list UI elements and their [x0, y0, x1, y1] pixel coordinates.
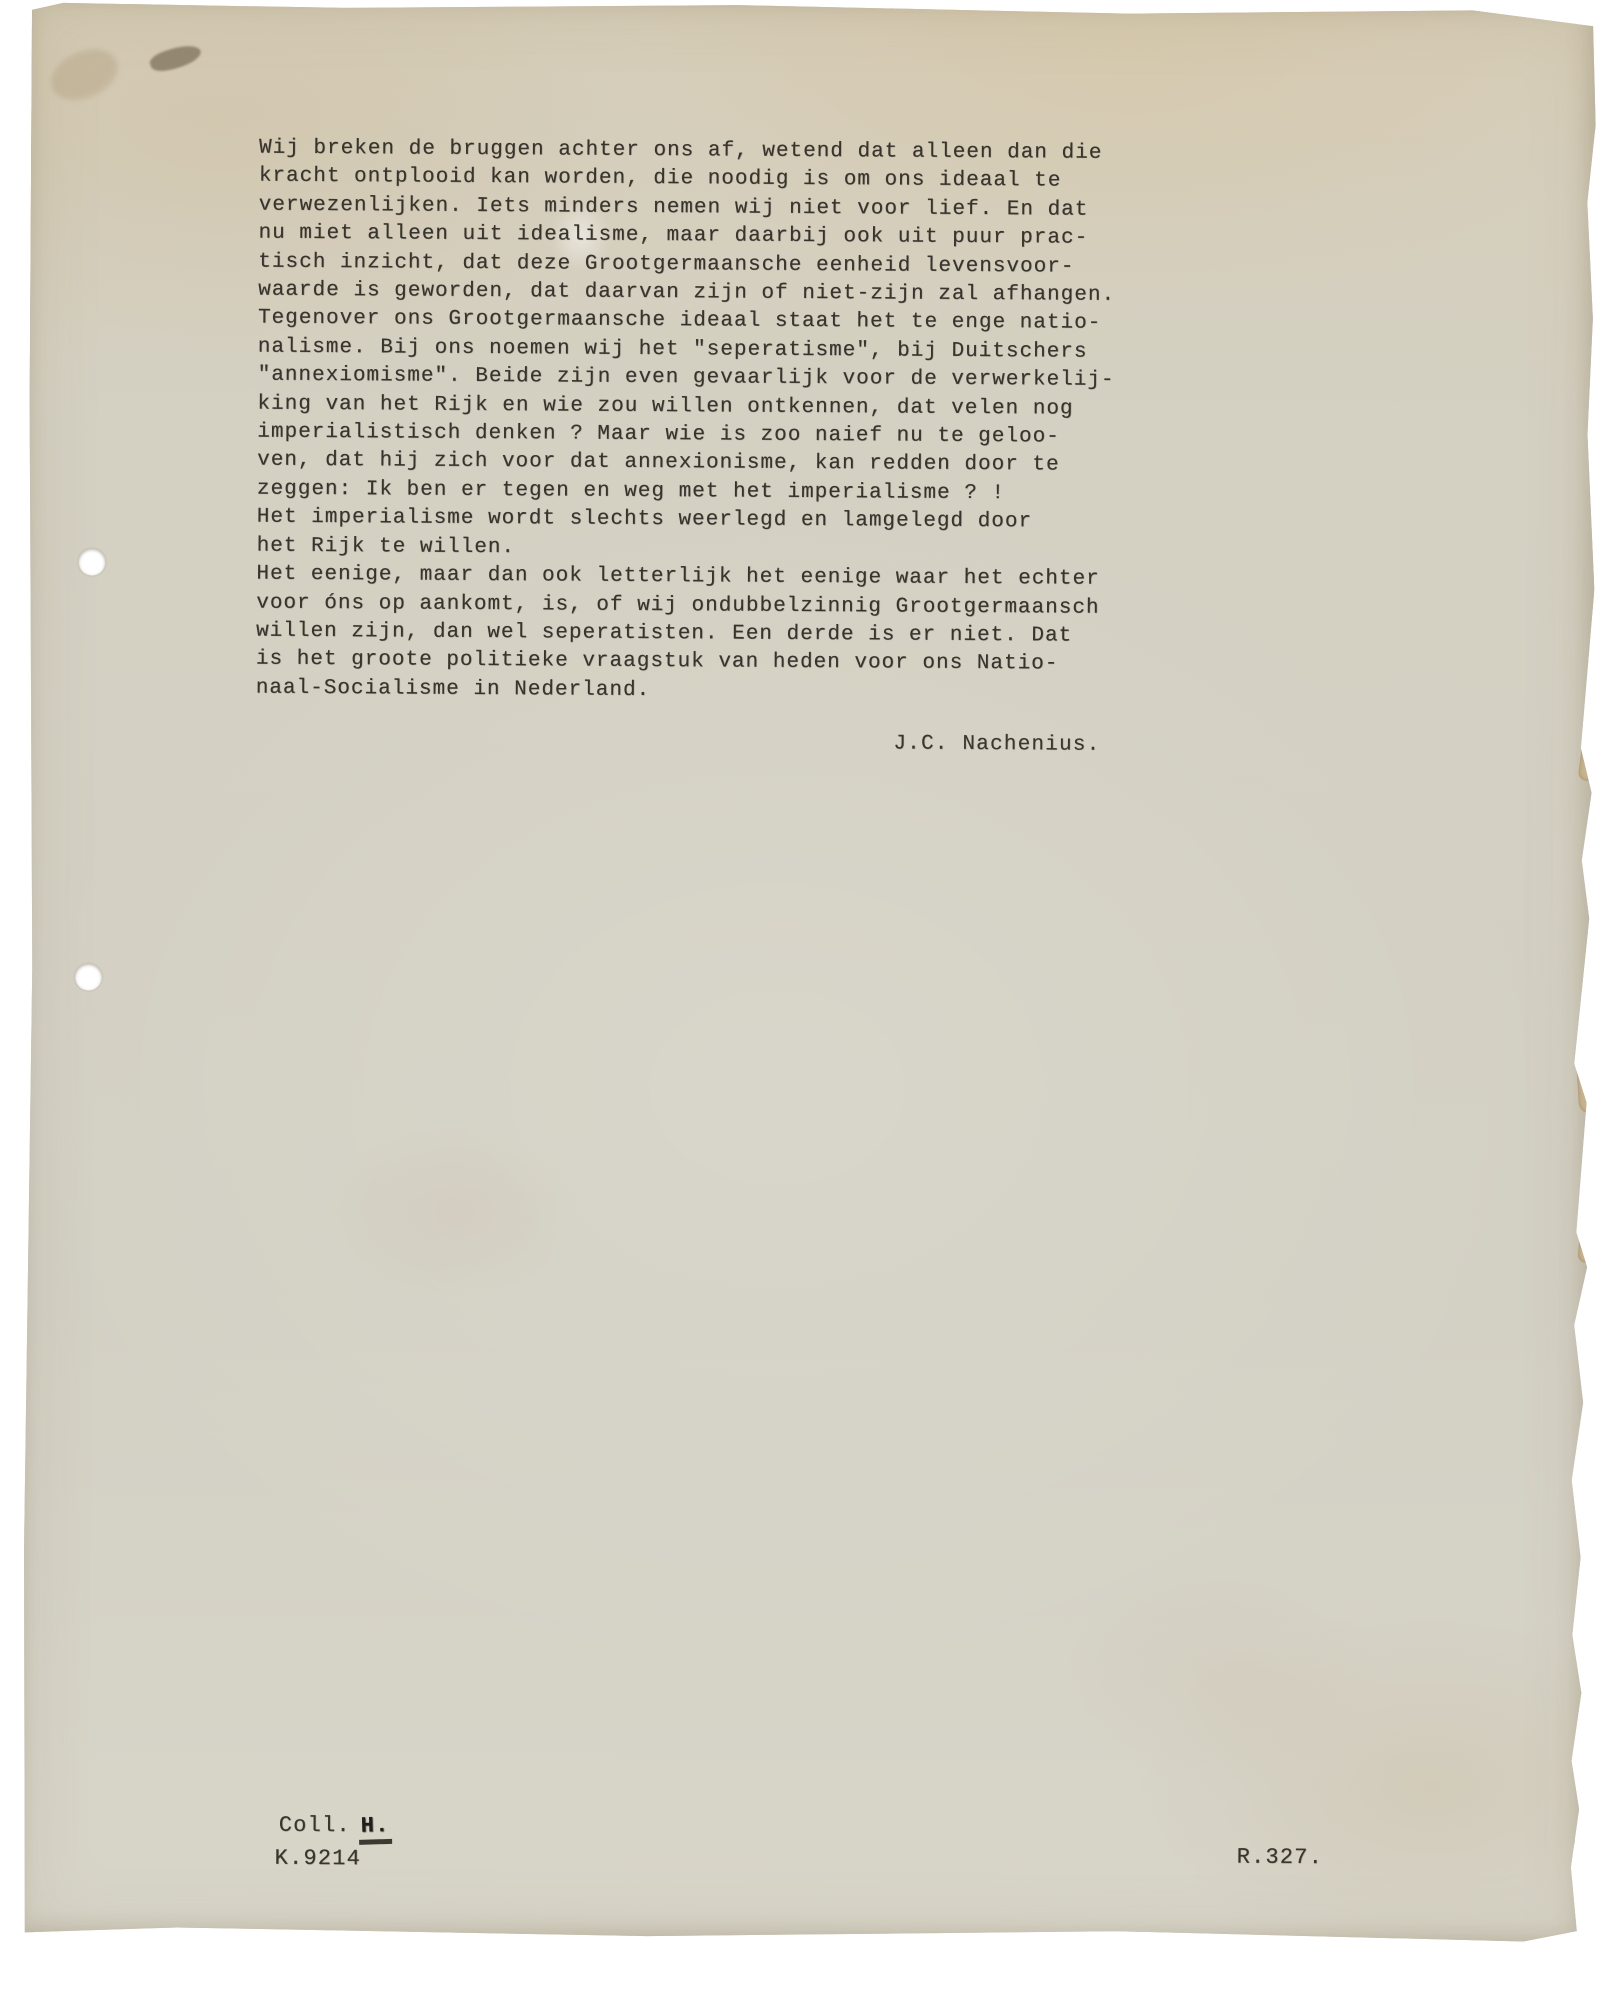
collection-label: Coll.	[279, 1813, 351, 1838]
punch-hole	[75, 964, 102, 991]
paper-tear	[1573, 1836, 1592, 1889]
reference-number: R.327.	[1237, 1845, 1324, 1871]
typewritten-body-text: Wij breken de bruggen achter ons af, wet…	[256, 135, 1116, 708]
paper-stain	[324, 1121, 585, 1303]
paper-tear	[1577, 1214, 1595, 1263]
scanned-document-background: Wij breken de bruggen achter ons af, wet…	[0, 0, 1620, 2000]
collection-letter-handwritten: H.	[358, 1813, 392, 1845]
paper-tear	[1578, 736, 1599, 782]
paper-corner-smudge	[148, 41, 204, 76]
collection-stamp: Coll. H.	[279, 1813, 392, 1845]
inventory-number: K.9214	[274, 1846, 361, 1872]
paper-tear	[1577, 1598, 1593, 1639]
paper-tear	[1575, 1050, 1597, 1113]
paper-stain	[1061, 1566, 1382, 1788]
punch-hole	[78, 549, 105, 576]
document-page: Wij breken de bruggen achter ons af, wet…	[20, 0, 1598, 1945]
signature-line: J.C. Nachenius.	[893, 733, 1100, 757]
paper-tear	[1580, 1308, 1595, 1343]
paper-corner-fold	[43, 39, 126, 109]
